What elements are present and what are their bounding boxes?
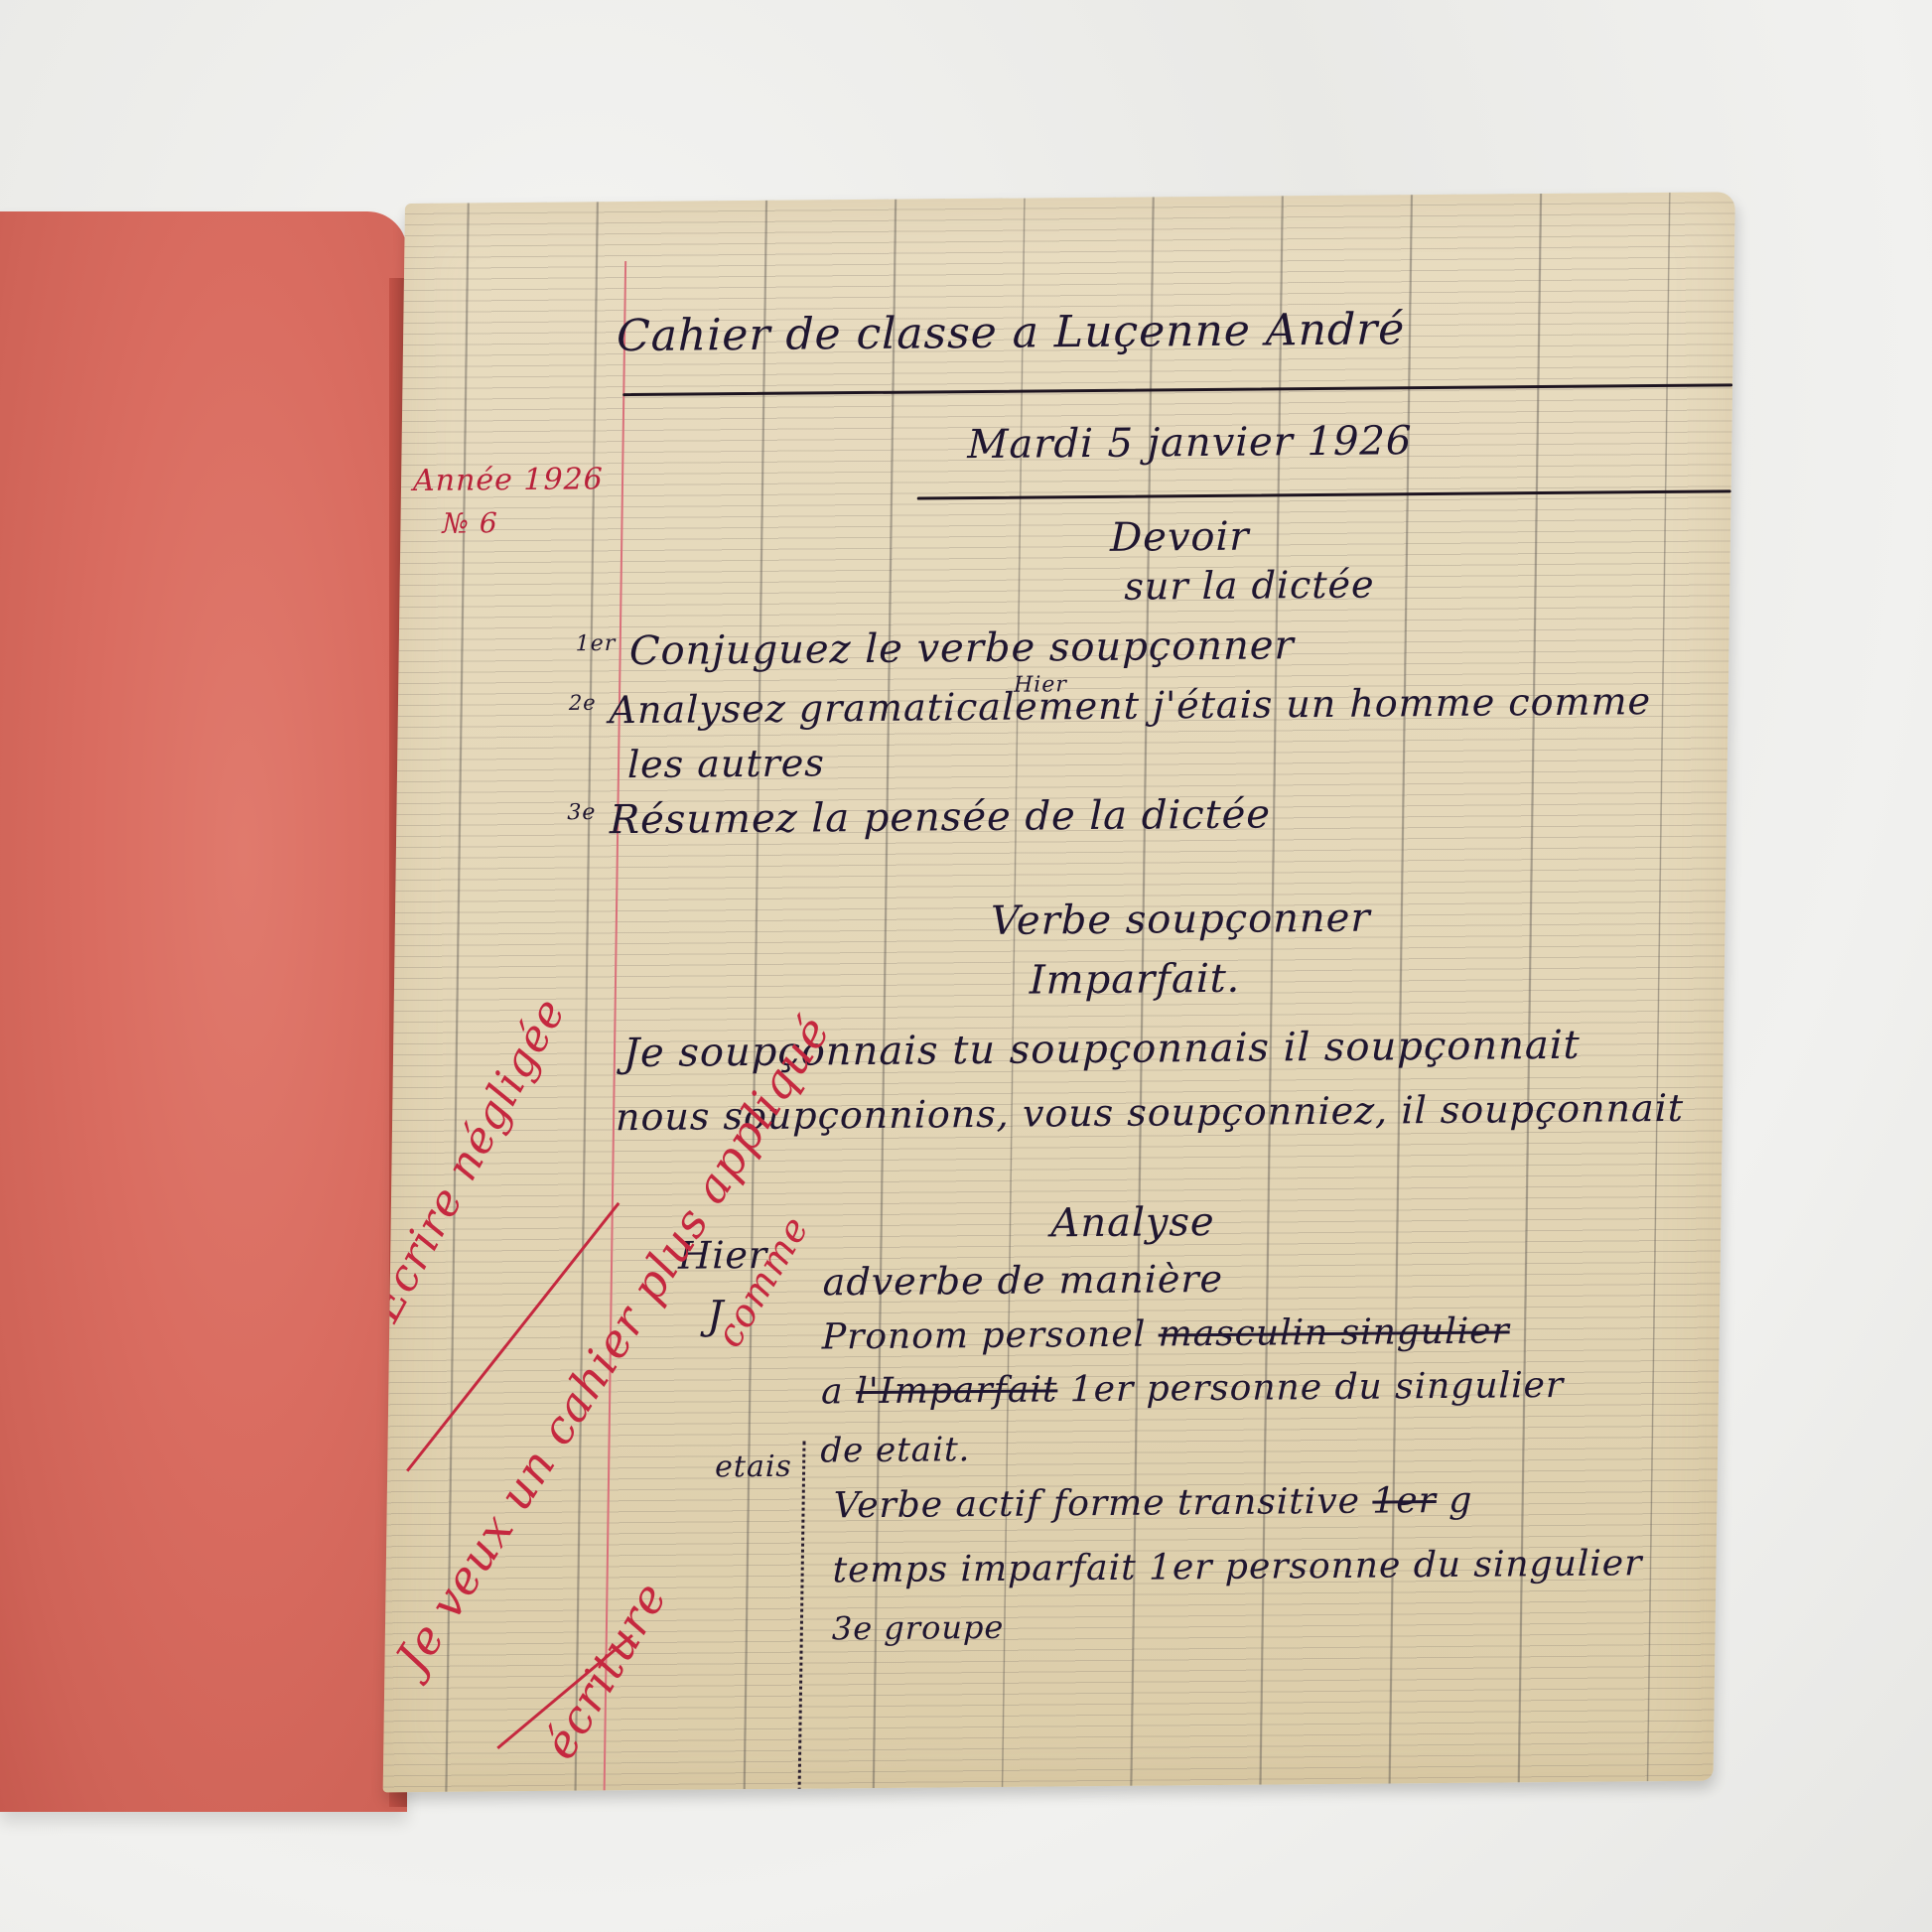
notebook-page: Cahier de classe a Luçenne André Année 1… [383, 192, 1735, 1792]
analyse-line-3: a l'Imparfait 1er personne du singulier [821, 1365, 1564, 1413]
verbe-heading: Verbe soupçonner [990, 896, 1370, 944]
instruction-number: 1er [576, 631, 617, 656]
date-heading: Mardi 5 janvier 1926 [967, 418, 1413, 468]
instruction-text: Analysez gramaticalement j'étais un homm… [609, 679, 1651, 732]
year-label: Année 1926 [413, 462, 604, 498]
devoir-heading: Devoir [1110, 514, 1250, 561]
instruction-text: Résumez la pensée de la dictée [610, 791, 1272, 843]
analyse-text: g [1449, 1480, 1473, 1521]
analyse-line-7: 3e groupe [832, 1608, 1005, 1648]
analyse-text: Pronom personel [822, 1314, 1147, 1358]
analyse-heading: Analyse [1050, 1199, 1215, 1246]
analyse-line-4: de etait. [820, 1430, 971, 1470]
instruction-1: 1er Conjuguez le verbe soupçonner [575, 622, 1295, 674]
devoir-subheading: sur la dictée [1124, 563, 1375, 609]
instruction-number: 3e [567, 800, 596, 825]
analyse-text: 1er personne du singulier [1070, 1365, 1565, 1410]
analyse-text: Verbe actif forme transitive [833, 1481, 1360, 1527]
instruction-continuation: les autres [627, 741, 825, 786]
struck-text: 1er [1372, 1480, 1437, 1522]
photo-scene: Cahier de classe a Luçenne André Année 1… [0, 0, 1932, 1932]
analyse-term-etais: etais [715, 1449, 792, 1485]
analyse-line-6: temps imparfait 1er personne du singulie… [832, 1543, 1642, 1590]
analyse-line-5: Verbe actif forme transitive 1er g [833, 1480, 1472, 1527]
instruction-text: Conjuguez le verbe soupçonner [629, 622, 1295, 674]
struck-text: masculin singulier [1158, 1311, 1510, 1354]
number-label: № 6 [442, 506, 498, 539]
instruction-3: 3e Résumez la pensée de la dictée [567, 791, 1271, 843]
instruction-number: 2e [569, 691, 597, 715]
analyse-line-2: Pronom personel masculin singulier [822, 1311, 1510, 1357]
analyse-text: a [821, 1371, 844, 1412]
notebook-cover [0, 211, 407, 1812]
tense-heading: Imparfait. [1030, 956, 1241, 1004]
notebook-title: Cahier de classe a Luçenne André [617, 304, 1406, 361]
analyse-line-1: adverbe de manière [822, 1257, 1223, 1305]
struck-text: l'Imparfait [856, 1369, 1058, 1412]
